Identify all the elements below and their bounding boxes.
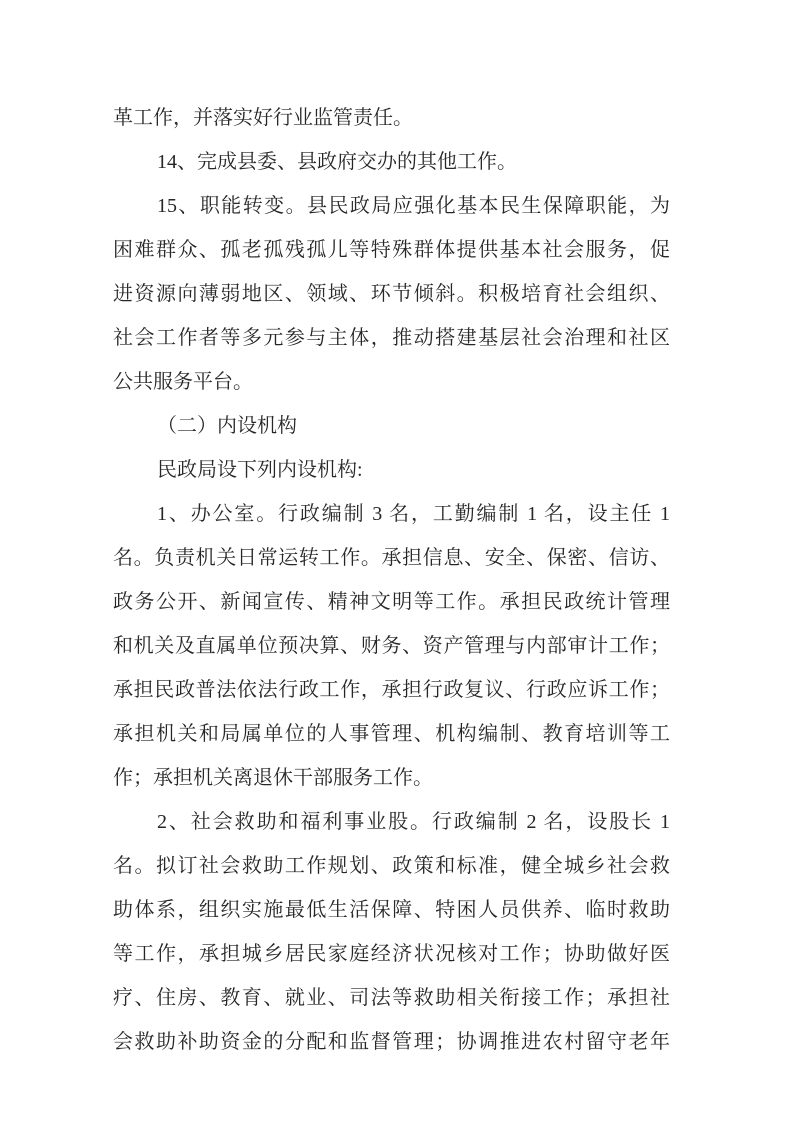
text-line-6: 社会工作者等多元参与主体，推动搭建基层社会治理和社区 bbox=[113, 316, 670, 360]
text-line-15: 承担机关和局属单位的人事管理、机构编制、教育培训等工 bbox=[113, 712, 670, 756]
text-line-2: 14、完成县委、县政府交办的其他工作。 bbox=[113, 140, 670, 184]
text-line-21: 疗、住房、教育、就业、司法等救助相关衔接工作；承担社 bbox=[113, 976, 670, 1020]
text-line-20: 等工作，承担城乡居民家庭经济状况核对工作；协助做好医 bbox=[113, 932, 670, 976]
text-line-13: 和机关及直属单位预决算、财务、资产管理与内部审计工作； bbox=[113, 624, 670, 668]
text-line-14: 承担民政普法依法行政工作，承担行政复议、行政应诉工作； bbox=[113, 668, 670, 712]
text-line-11: 名。负责机关日常运转工作。承担信息、安全、保密、信访、 bbox=[113, 536, 670, 580]
text-line-8: （二）内设机构 bbox=[113, 404, 670, 448]
text-line-4: 困难群众、孤老孤残孤儿等特殊群体提供基本社会服务，促 bbox=[113, 228, 670, 272]
text-line-17: 2、社会救助和福利事业股。行政编制 2 名，设股长 1 bbox=[113, 800, 670, 844]
text-line-7: 公共服务平台。 bbox=[113, 360, 670, 404]
text-line-9: 民政局设下列内设机构: bbox=[113, 448, 670, 492]
text-line-19: 助体系，组织实施最低生活保障、特困人员供养、临时救助 bbox=[113, 888, 670, 932]
text-line-10: 1、办公室。行政编制 3 名，工勤编制 1 名，设主任 1 bbox=[113, 492, 670, 536]
text-line-3: 15、职能转变。县民政局应强化基本民生保障职能，为 bbox=[113, 184, 670, 228]
text-line-16: 作；承担机关离退休干部服务工作。 bbox=[113, 756, 670, 800]
text-line-5: 进资源向薄弱地区、领域、环节倾斜。积极培育社会组织、 bbox=[113, 272, 670, 316]
text-line-1: 革工作，并落实好行业监管责任。 bbox=[113, 96, 670, 140]
text-line-18: 名。拟订社会救助工作规划、政策和标准，健全城乡社会救 bbox=[113, 844, 670, 888]
text-line-12: 政务公开、新闻宣传、精神文明等工作。承担民政统计管理 bbox=[113, 580, 670, 624]
document-page: 革工作，并落实好行业监管责任。14、完成县委、县政府交办的其他工作。15、职能转… bbox=[0, 0, 793, 1122]
page-body: 革工作，并落实好行业监管责任。14、完成县委、县政府交办的其他工作。15、职能转… bbox=[113, 96, 670, 1064]
text-line-22: 会救助补助资金的分配和监督管理；协调推进农村留守老年 bbox=[113, 1020, 670, 1064]
